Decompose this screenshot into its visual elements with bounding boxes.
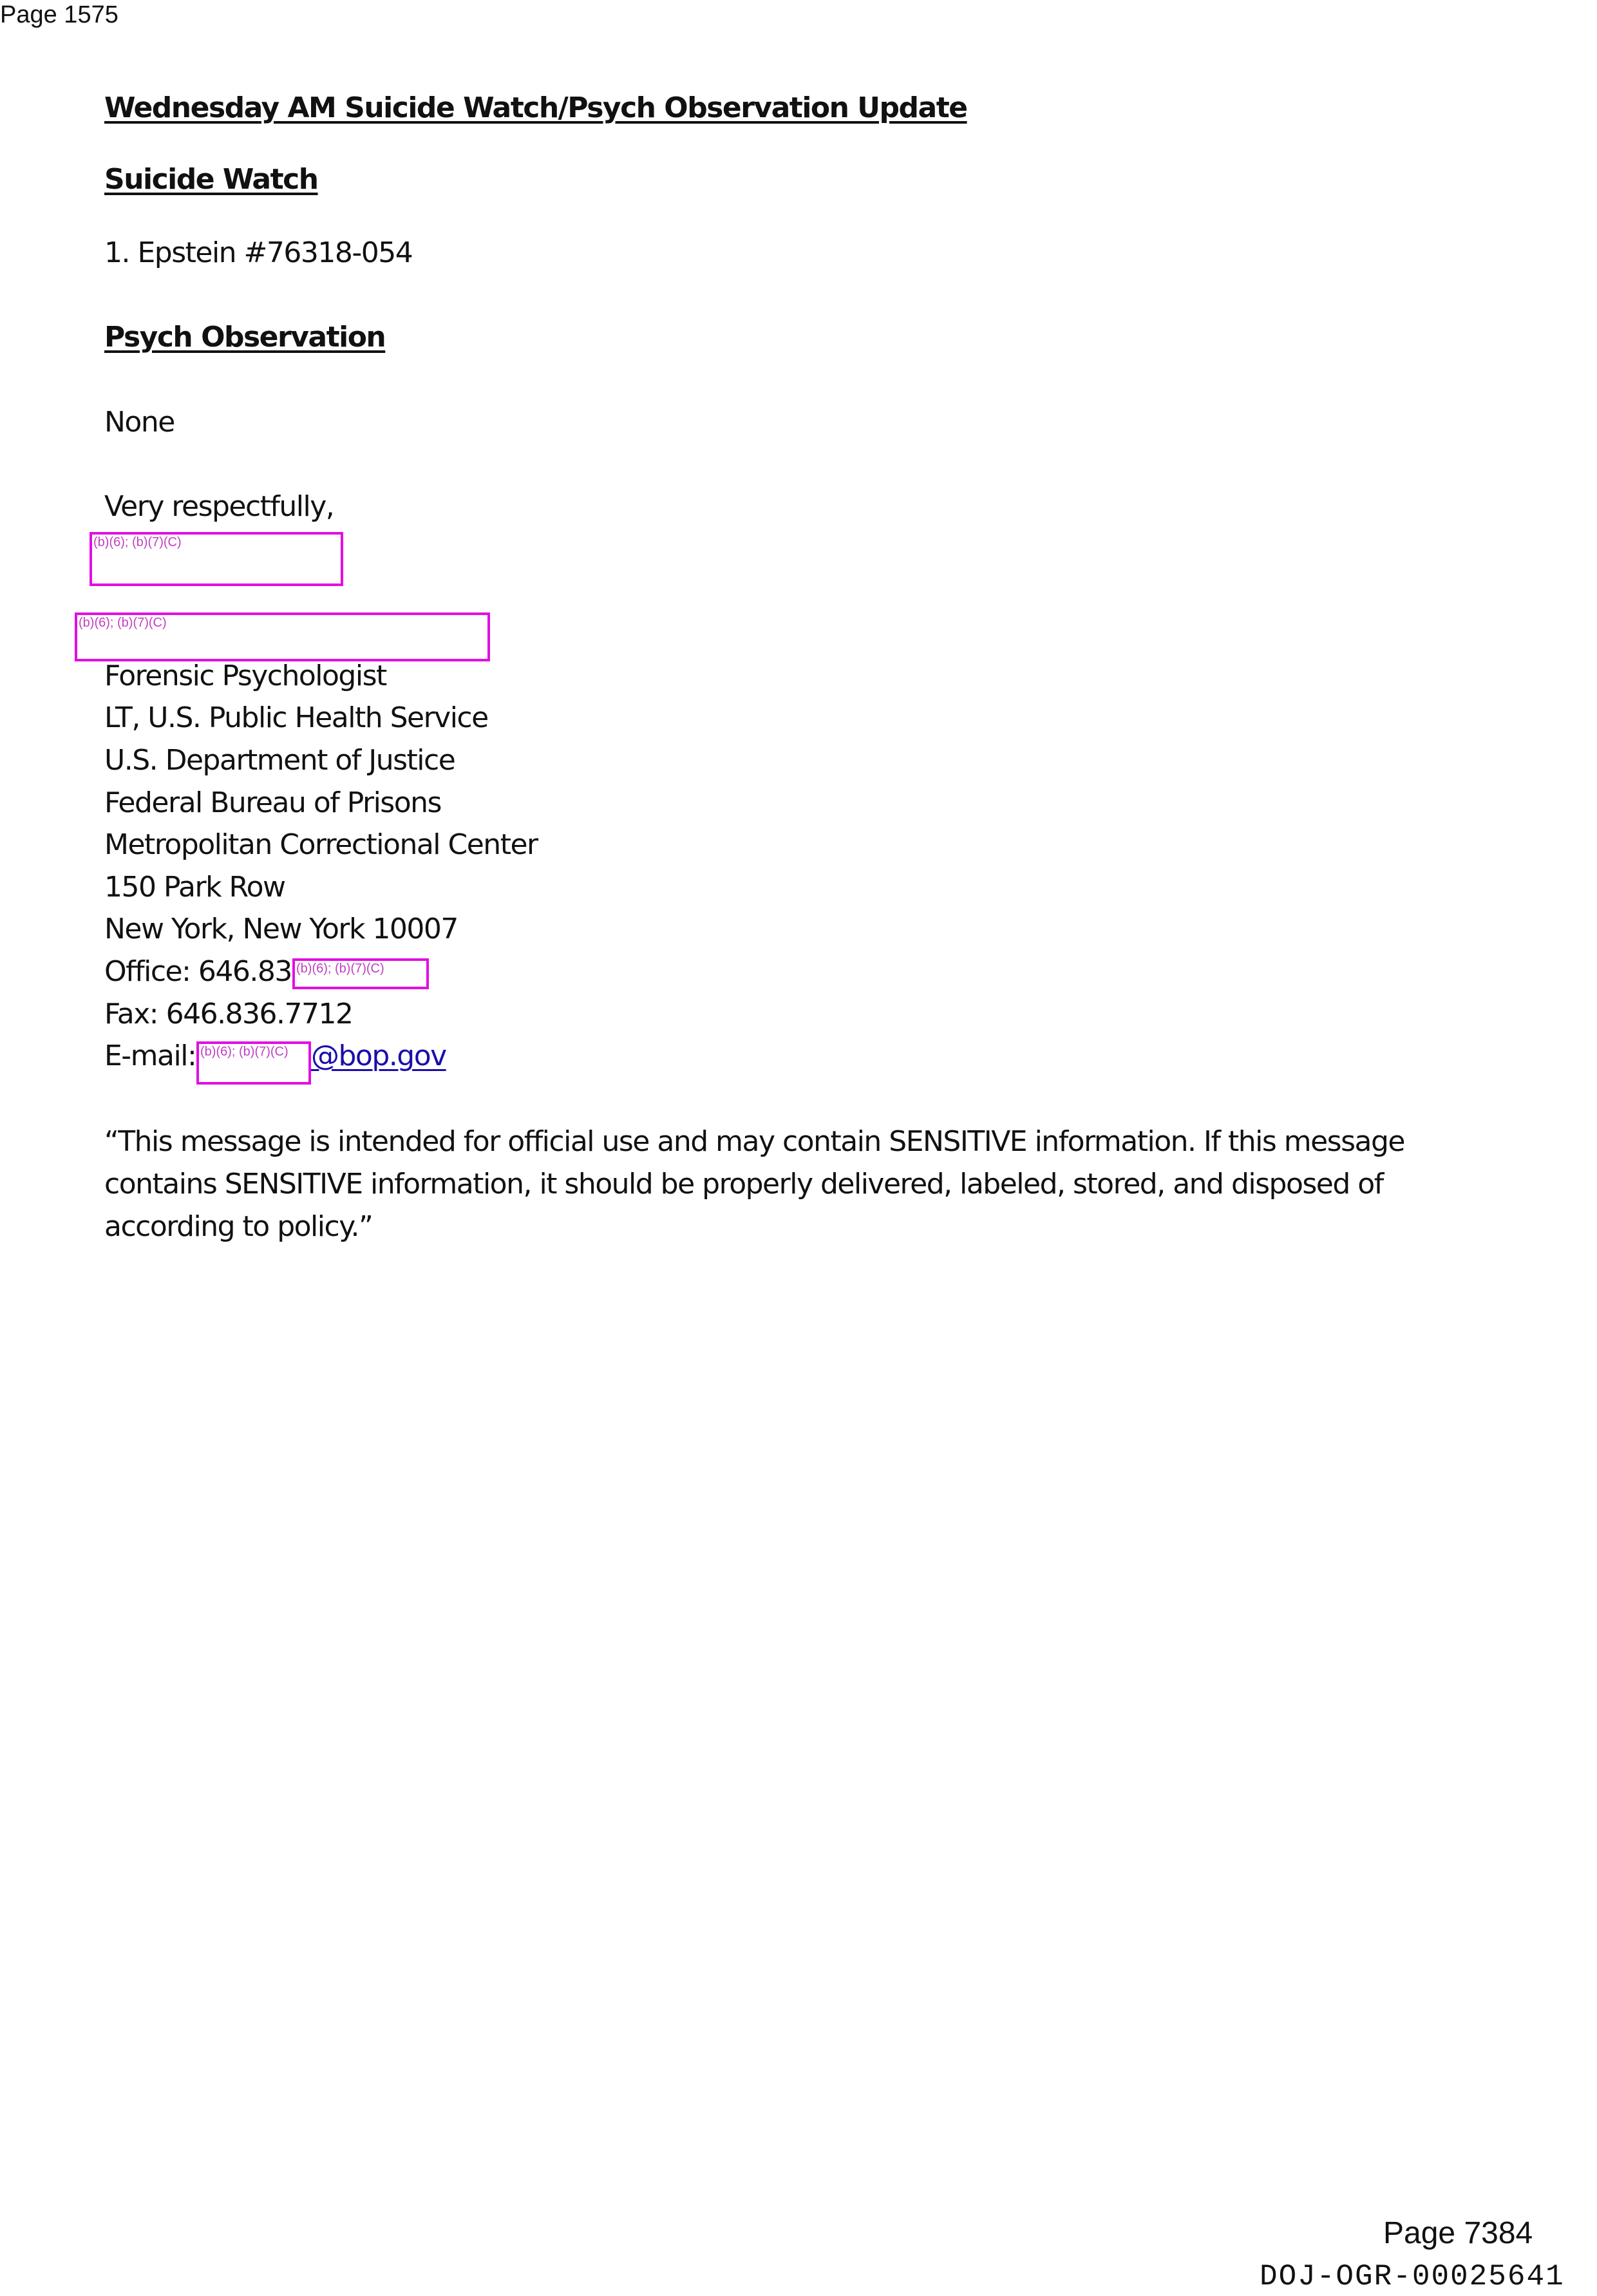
signature-line: 150 Park Row xyxy=(104,871,285,904)
redaction-label: (b)(6); (b)(7)(C) xyxy=(200,1044,288,1059)
redaction-label: (b)(6); (b)(7)(C) xyxy=(296,961,384,976)
psych-observation-item: None xyxy=(104,406,175,439)
signature-line: New York, New York 10007 xyxy=(104,913,458,945)
redaction-box-office-phone: (b)(6); (b)(7)(C) xyxy=(292,958,429,989)
signature-line: Metropolitan Correctional Center xyxy=(104,828,538,861)
redaction-label: (b)(6); (b)(7)(C) xyxy=(93,535,182,550)
redaction-box-name: (b)(6); (b)(7)(C) xyxy=(90,532,343,586)
email-link[interactable]: @bop.gov xyxy=(311,1039,446,1072)
fax-line: Fax: 646.836.7712 xyxy=(104,998,353,1030)
disclaimer-paragraph: “This message is intended for official u… xyxy=(104,1121,1508,1248)
redaction-box-email-user: (b)(6); (b)(7)(C) xyxy=(196,1041,311,1085)
document-title: Wednesday AM Suicide Watch/Psych Observa… xyxy=(104,91,967,124)
office-phone-line: Office: 646.83 xyxy=(104,955,292,988)
email-label: E-mail: xyxy=(104,1039,196,1072)
signature-line: U.S. Department of Justice xyxy=(104,744,455,777)
redaction-label: (b)(6); (b)(7)(C) xyxy=(79,615,167,631)
signature-line: Forensic Psychologist xyxy=(104,659,386,692)
section-heading-suicide-watch: Suicide Watch xyxy=(104,163,318,196)
page-number-top: Page 1575 xyxy=(0,0,118,30)
page-number-bottom: Page 7384 xyxy=(1383,2215,1533,2252)
signature-line: LT, U.S. Public Health Service xyxy=(104,701,488,734)
signature-line: Federal Bureau of Prisons xyxy=(104,786,441,819)
bates-number: DOJ-OGR-00025641 xyxy=(1260,2261,1565,2293)
office-phone-prefix: Office: 646.83 xyxy=(104,955,292,988)
closing-text: Very respectfully, xyxy=(104,490,334,523)
suicide-watch-item: 1. Epstein #76318-054 xyxy=(104,236,412,269)
redaction-box-title: (b)(6); (b)(7)(C) xyxy=(75,612,490,661)
section-heading-psych-observation: Psych Observation xyxy=(104,321,385,354)
